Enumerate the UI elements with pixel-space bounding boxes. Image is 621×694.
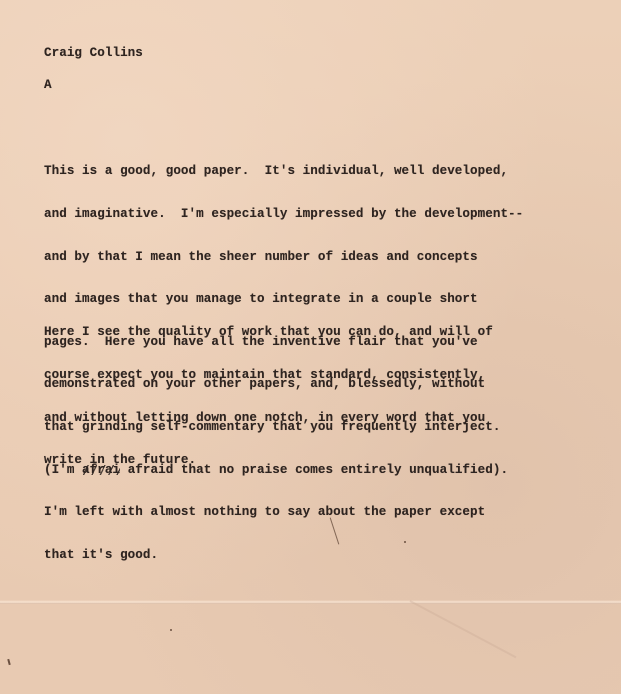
text-line: I'm left with almost nothing to say abou… xyxy=(44,505,523,519)
student-name: Craig Collins xyxy=(44,46,143,60)
text-line: course expect you to maintain that stand… xyxy=(44,368,493,382)
text-line: and by that I mean the sheer number of i… xyxy=(44,250,523,264)
paper-fold-crease xyxy=(0,600,621,604)
grade: A xyxy=(44,78,52,92)
ink-speck xyxy=(170,629,172,631)
text-line: and without letting down one notch, in e… xyxy=(44,411,493,425)
text-line: that it's good. xyxy=(44,548,523,562)
text-line: write in the future. xyxy=(44,453,493,467)
comment-paragraph-2: Here I see the quality of work that you … xyxy=(44,297,493,482)
text-line: Here I see the quality of work that you … xyxy=(44,325,493,339)
text-line: This is a good, good paper. It's individ… xyxy=(44,164,523,178)
text-line: and imaginative. I'm especially impresse… xyxy=(44,207,523,221)
